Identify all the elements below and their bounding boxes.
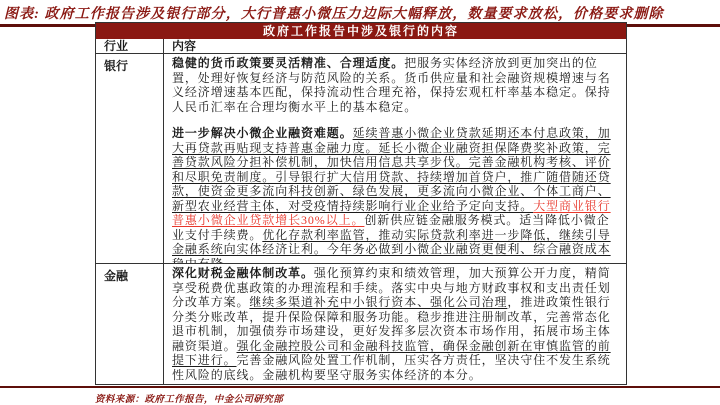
content-paragraph: 深化财税金融体制改革。强化预算约束和绩效管理，加大预算公开力度，精简享受税费优惠… [172, 266, 620, 382]
table-column-header-row: 行业 内容 [96, 39, 626, 54]
table-row: 金融深化财税金融体制改革。强化预算约束和绩效管理，加大预算公开力度，精简享受税费… [96, 263, 626, 384]
column-header-content: 内容 [164, 39, 626, 53]
industry-cell: 金融 [96, 264, 164, 384]
industry-cell: 银行 [96, 54, 164, 263]
table-row: 银行稳健的货币政策要灵活精准、合理适度。把服务实体经济放到更加突出的位置，处理好… [96, 54, 626, 263]
figure-title: 图表: 政府工作报告涉及银行部分，大行普惠小微压力边际大幅释放，数量要求放松，价… [4, 3, 664, 23]
content-paragraph: 稳健的货币政策要灵活精准、合理适度。把服务实体经济放到更加突出的位置，处理好恢复… [172, 56, 620, 114]
column-header-industry: 行业 [96, 39, 164, 53]
table-header-banner: 政府工作报告中涉及银行的内容 [96, 23, 626, 39]
content-cell: 深化财税金融体制改革。强化预算约束和绩效管理，加大预算公开力度，精简享受税费优惠… [164, 264, 626, 384]
body-text: 完善金融风险处置工作机制，压实各方责任，坚决守住不发生系统性风险的底线。金融机构… [172, 353, 611, 382]
lead-sentence: 深化财税金融体制改革。 [172, 266, 314, 280]
lead-sentence: 进一步解决小微企业融资难题。 [172, 126, 353, 140]
report-table: 政府工作报告中涉及银行的内容 行业 内容 银行稳健的货币政策要灵活精准、合理适度… [95, 22, 627, 385]
content-cell: 稳健的货币政策要灵活精准、合理适度。把服务实体经济放到更加突出的位置，处理好恢复… [164, 54, 626, 263]
body-text: 继续多渠道补充中小银行资本、强化公司治理 [249, 295, 507, 309]
footer-divider-rule [0, 386, 720, 388]
content-paragraph: 进一步解决小微企业融资难题。延续普惠小微企业贷款延期还本付息政策，加大再贷款再贴… [172, 126, 620, 263]
table-body: 银行稳健的货币政策要灵活精准、合理适度。把服务实体经济放到更加突出的位置，处理好… [96, 54, 626, 384]
lead-sentence: 稳健的货币政策要灵活精准、合理适度。 [172, 56, 404, 70]
source-note: 资料来源：政府工作报告，中金公司研究部 [95, 391, 283, 405]
